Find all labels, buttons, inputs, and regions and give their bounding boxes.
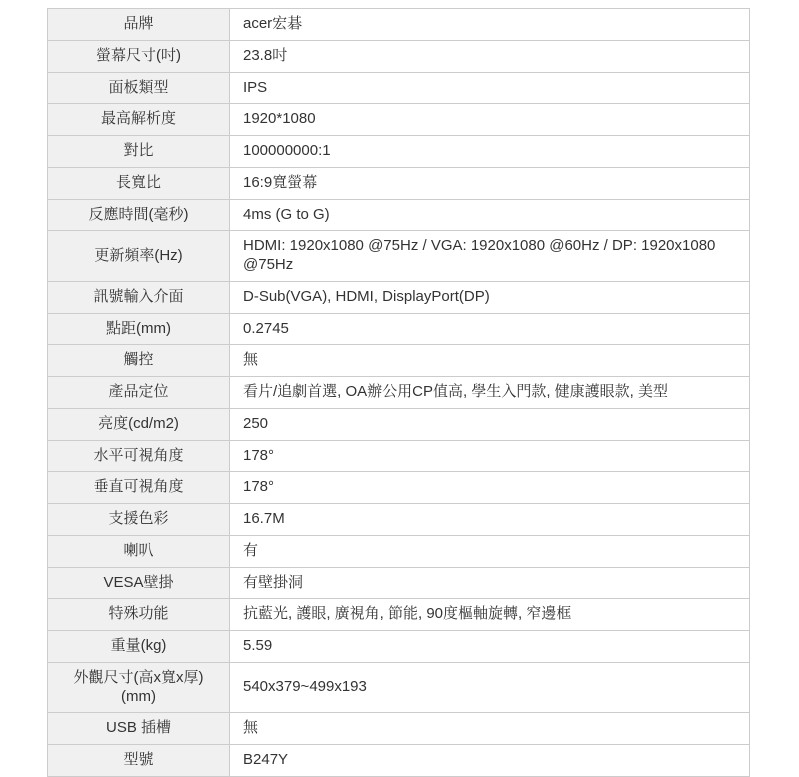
spec-label: 重量(kg) (48, 631, 230, 663)
spec-label: VESA壁掛 (48, 567, 230, 599)
spec-row: 長寬比 16:9寬螢幕 (48, 167, 750, 199)
spec-value: 0.2745 (230, 313, 750, 345)
spec-row: 水平可視角度 178° (48, 440, 750, 472)
spec-table-body: 品牌 acer宏碁 螢幕尺寸(吋) 23.8吋 面板類型 IPS 最高解析度 1… (48, 9, 750, 769)
spec-value: 178° (230, 440, 750, 472)
spec-label: 水平可視角度 (48, 440, 230, 472)
spec-row: 亮度(cd/m2) 250 (48, 408, 750, 440)
spec-row: 重量(kg) 5.59 (48, 631, 750, 663)
spec-value: 有壁掛洞 (230, 567, 750, 599)
product-spec-section: 品牌 acer宏碁 螢幕尺寸(吋) 23.8吋 面板類型 IPS 最高解析度 1… (47, 8, 750, 768)
spec-row: 點距(mm) 0.2745 (48, 313, 750, 345)
spec-row: 產品定位 看片/追劇首選, OA辦公用CP值高, 學生入門款, 健康護眼款, 美… (48, 377, 750, 409)
spec-label: 面板類型 (48, 72, 230, 104)
spec-label: 亮度(cd/m2) (48, 408, 230, 440)
spec-table: 品牌 acer宏碁 螢幕尺寸(吋) 23.8吋 面板類型 IPS 最高解析度 1… (47, 8, 750, 768)
spec-value: 540x379~499x193 (230, 662, 750, 713)
spec-label: 對比 (48, 136, 230, 168)
spec-row: 型號 B247Y (48, 745, 750, 769)
spec-label: 型號 (48, 745, 230, 769)
spec-label: 點距(mm) (48, 313, 230, 345)
spec-value: 看片/追劇首選, OA辦公用CP值高, 學生入門款, 健康護眼款, 美型 (230, 377, 750, 409)
spec-value: 250 (230, 408, 750, 440)
spec-label: 喇叭 (48, 535, 230, 567)
spec-row: VESA壁掛 有壁掛洞 (48, 567, 750, 599)
spec-row: 品牌 acer宏碁 (48, 9, 750, 41)
spec-value: 16:9寬螢幕 (230, 167, 750, 199)
spec-row: 喇叭 有 (48, 535, 750, 567)
spec-value: 有 (230, 535, 750, 567)
spec-value: acer宏碁 (230, 9, 750, 41)
spec-value: 抗藍光, 護眼, 廣視角, 節能, 90度樞軸旋轉, 窄邊框 (230, 599, 750, 631)
spec-row: 反應時間(毫秒) 4ms (G to G) (48, 199, 750, 231)
spec-value: 100000000:1 (230, 136, 750, 168)
spec-label: 支援色彩 (48, 504, 230, 536)
spec-row: 外觀尺寸(高x寬x厚) (mm) 540x379~499x193 (48, 662, 750, 713)
spec-value: 5.59 (230, 631, 750, 663)
spec-label: 品牌 (48, 9, 230, 41)
spec-row: USB 插槽 無 (48, 713, 750, 745)
spec-value: 4ms (G to G) (230, 199, 750, 231)
spec-label: 產品定位 (48, 377, 230, 409)
spec-row: 特殊功能 抗藍光, 護眼, 廣視角, 節能, 90度樞軸旋轉, 窄邊框 (48, 599, 750, 631)
spec-value: IPS (230, 72, 750, 104)
spec-label: 最高解析度 (48, 104, 230, 136)
spec-value: 23.8吋 (230, 40, 750, 72)
spec-row: 對比 100000000:1 (48, 136, 750, 168)
spec-label: 特殊功能 (48, 599, 230, 631)
spec-row: 訊號輸入介面 D-Sub(VGA), HDMI, DisplayPort(DP) (48, 281, 750, 313)
spec-label: 外觀尺寸(高x寬x厚) (mm) (48, 662, 230, 713)
spec-value: 無 (230, 713, 750, 745)
spec-row: 螢幕尺寸(吋) 23.8吋 (48, 40, 750, 72)
spec-label: 觸控 (48, 345, 230, 377)
spec-row: 垂直可視角度 178° (48, 472, 750, 504)
spec-label: 長寬比 (48, 167, 230, 199)
spec-label: 更新頻率(Hz) (48, 231, 230, 282)
spec-value: D-Sub(VGA), HDMI, DisplayPort(DP) (230, 281, 750, 313)
spec-row: 更新頻率(Hz) HDMI: 1920x1080 @75Hz / VGA: 19… (48, 231, 750, 282)
spec-label: 垂直可視角度 (48, 472, 230, 504)
spec-value: 1920*1080 (230, 104, 750, 136)
spec-label: 螢幕尺寸(吋) (48, 40, 230, 72)
spec-row: 面板類型 IPS (48, 72, 750, 104)
spec-row: 觸控 無 (48, 345, 750, 377)
spec-value: B247Y (230, 745, 750, 769)
spec-value: 無 (230, 345, 750, 377)
spec-row: 支援色彩 16.7M (48, 504, 750, 536)
spec-label: USB 插槽 (48, 713, 230, 745)
spec-value: HDMI: 1920x1080 @75Hz / VGA: 1920x1080 @… (230, 231, 750, 282)
spec-label: 反應時間(毫秒) (48, 199, 230, 231)
spec-value: 178° (230, 472, 750, 504)
spec-row: 最高解析度 1920*1080 (48, 104, 750, 136)
spec-value: 16.7M (230, 504, 750, 536)
spec-label: 訊號輸入介面 (48, 281, 230, 313)
